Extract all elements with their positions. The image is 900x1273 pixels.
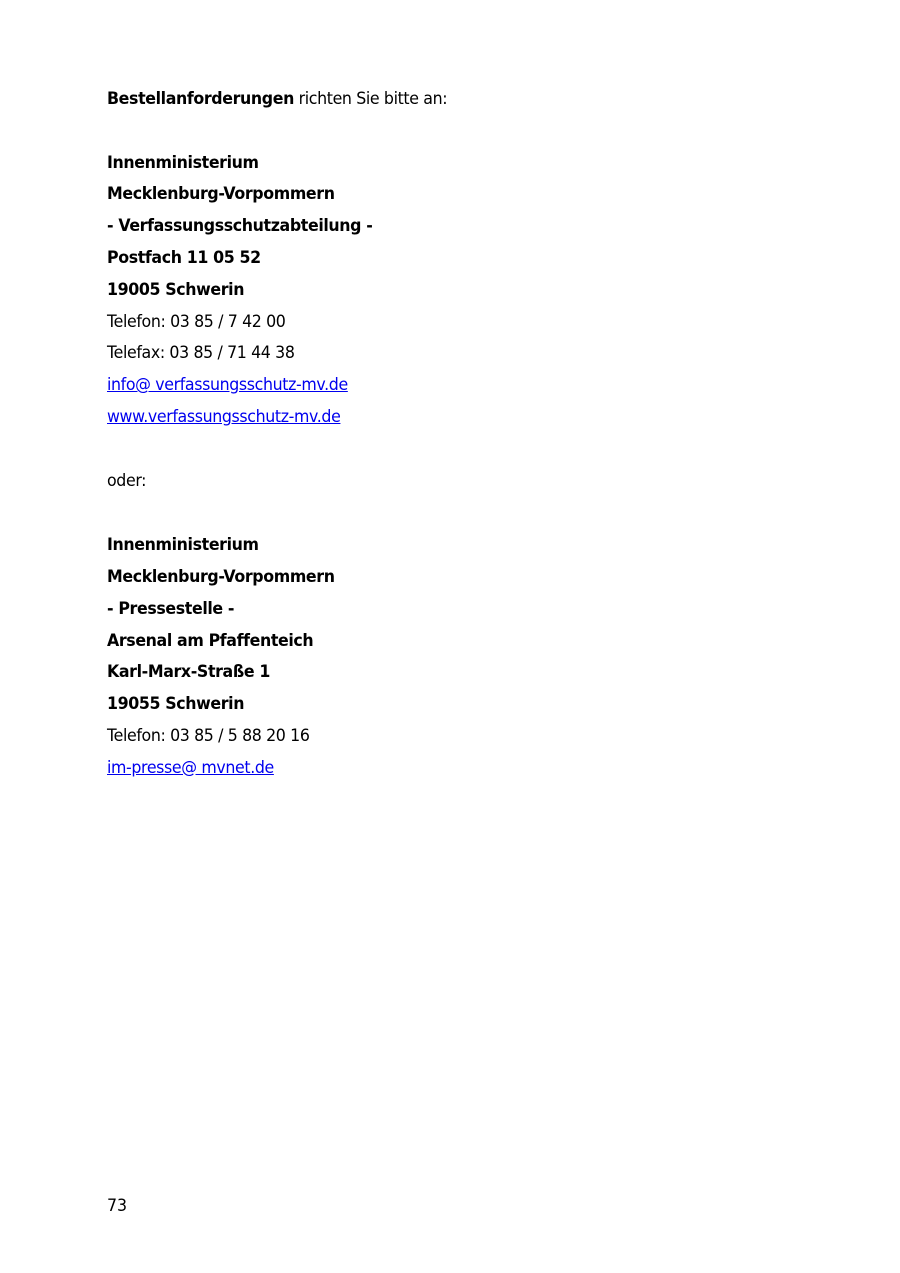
address-line: Karl-Marx-Straße 1 [107,657,758,689]
address-line: Mecklenburg-Vorpommern [107,562,758,594]
address-line: - Pressestelle - [107,594,758,626]
intro-bold: Bestellanforderungen [107,89,294,109]
address-line: Postfach 11 05 52 [107,243,758,275]
address-line: 19005 Schwerin [107,275,758,307]
page-number: 73 [107,1196,127,1216]
email-link[interactable]: info@ verfassungsschutz-mv.de [107,375,348,395]
address-line: - Verfassungsschutzabteilung - [107,211,758,243]
address-block-pressestelle: Innenministerium Mecklenburg-Vorpommern … [107,530,807,784]
phone-number: Telefon: 03 85 / 7 42 00 [107,307,758,339]
spacer [107,116,807,148]
email-link[interactable]: im-presse@ mvnet.de [107,758,274,778]
address-block-verfassungsschutz: Innenministerium Mecklenburg-Vorpommern … [107,148,807,434]
address-line: 19055 Schwerin [107,689,758,721]
document-page: Bestellanforderungen richten Sie bitte a… [107,84,807,785]
intro-rest: richten Sie bitte an: [294,89,447,109]
address-line: Mecklenburg-Vorpommern [107,179,758,211]
phone-number: Telefon: 03 85 / 5 88 20 16 [107,721,758,753]
address-line: Innenministerium [107,530,758,562]
fax-number: Telefax: 03 85 / 71 44 38 [107,338,758,370]
address-line: Innenministerium [107,148,758,180]
spacer [107,434,807,466]
address-line: Arsenal am Pfaffenteich [107,626,758,658]
website-link[interactable]: www.verfassungsschutz-mv.de [107,407,340,427]
separator-text: oder: [107,466,758,498]
intro-line: Bestellanforderungen richten Sie bitte a… [107,84,758,116]
spacer [107,497,807,529]
